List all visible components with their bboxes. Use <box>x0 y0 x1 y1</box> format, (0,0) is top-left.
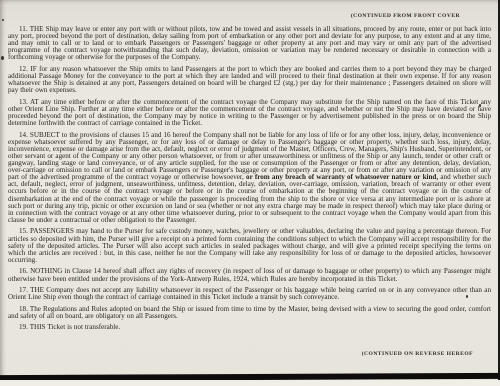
clause-17: 17. THE Company does not accept any liab… <box>8 287 491 301</box>
clause-text: The Regulations and Rules adopted on boa… <box>8 305 491 320</box>
clause-16: 16. NOTHING in Clause 14 hereof shall af… <box>8 268 491 282</box>
clause-15: 15. PASSENGERS may hand to the Purser fo… <box>8 228 491 263</box>
clause-12: 12. IF for any reason whatsoever the Shi… <box>8 66 491 94</box>
clause-text: THE Ship may leave or enter any port wit… <box>8 25 491 61</box>
continued-from-front-cover-note: (CONTINUED FROM FRONT COVER <box>351 13 460 19</box>
scan-bottom-margin-strip <box>0 380 500 386</box>
ticket-conditions-page: (CONTINUED FROM FRONT COVER 11. THE Ship… <box>0 0 500 386</box>
clause-text: THIS Ticket is not transferable. <box>30 323 120 331</box>
clause-19: 19. THIS Ticket is not transferable. <box>8 324 491 331</box>
paper-speck <box>1 56 4 60</box>
clause-18: 18. The Regulations and Rules adopted on… <box>8 306 491 320</box>
clause-text: IF for any reason whatsoever the Ship om… <box>8 65 491 94</box>
clause-text: THE Company does not accept any liabilit… <box>8 286 491 301</box>
conditions-clauses-container: 11. THE Ship may leave or enter any port… <box>8 26 491 336</box>
paper-speck <box>479 104 481 107</box>
clause-13: 13. AT any time either before or after t… <box>8 99 491 127</box>
clause-number: 19. <box>19 323 30 331</box>
clause-14: 14. SUBJECT to the provisions of clauses… <box>8 132 491 224</box>
clause-text: PASSENGERS may hand to the Purser for sa… <box>8 227 491 263</box>
continued-on-reverse-note: (CONTINUED ON REVERSE HEREOF <box>362 351 473 357</box>
clause-text: AT any time either before or after the c… <box>8 98 491 127</box>
paper-speck <box>466 295 468 298</box>
paper-speck <box>2 19 4 21</box>
clause-text: NOTHING in Clause 14 hereof shall affect… <box>8 267 491 282</box>
clause-11: 11. THE Ship may leave or enter any port… <box>8 26 491 61</box>
clause-text: and whether such act, default, neglect, … <box>8 173 491 224</box>
